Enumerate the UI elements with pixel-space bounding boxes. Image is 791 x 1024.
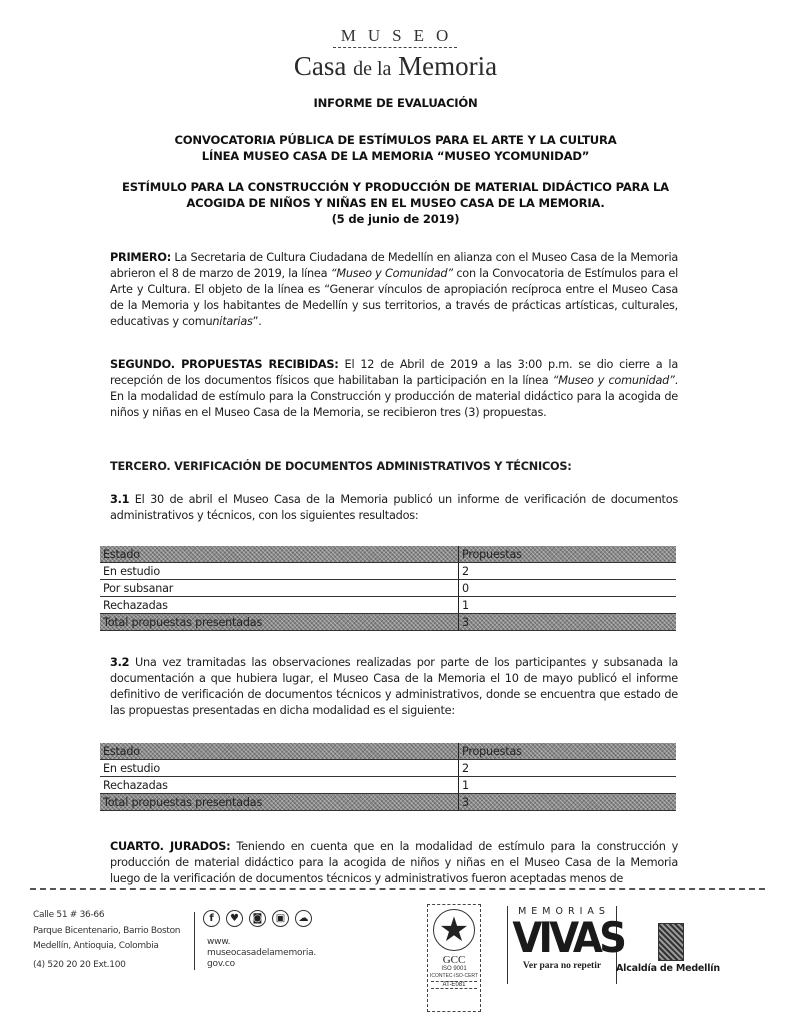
- table-verification-1: Estado Propuestas En estudio 2 Por subsa…: [100, 546, 676, 631]
- gcc-cert-text: ICONTEC·ISO·CERT: [428, 973, 480, 980]
- table-cell-estado: Rechazadas: [100, 597, 459, 614]
- section-3-2-label: 3.2: [110, 656, 129, 669]
- stimulus-title-line-2: ACOGIDA DE NIÑOS Y NIÑAS EN EL MUSEO CAS…: [0, 196, 791, 210]
- gcc-iso: ISO 9001: [428, 966, 480, 973]
- section-3-2-text: Una vez tramitadas las observaciones rea…: [110, 656, 678, 717]
- website-line-3: gov.co: [207, 959, 316, 970]
- table-total-label: Total propuestas presentadas: [100, 614, 459, 631]
- globe-icon: ★: [433, 909, 475, 951]
- social-icons: f ♥ ◙ ▣ ☁: [203, 910, 312, 927]
- vivas-main-text: VIVAS: [512, 917, 611, 959]
- table-total-row: Total propuestas presentadas 3: [100, 614, 676, 631]
- section-3-1-label: 3.1: [110, 493, 129, 506]
- table-row: Rechazadas 1: [100, 777, 676, 794]
- table-cell-propuestas: 1: [459, 777, 677, 794]
- footer-divider: [30, 888, 765, 890]
- table-row: Rechazadas 1: [100, 597, 676, 614]
- section-segundo-italic: “Museo y comunidad”: [553, 374, 675, 387]
- section-cuarto-label: CUARTO. JURADOS:: [110, 840, 230, 853]
- star-icon: ★: [434, 910, 474, 950]
- table-verification-2: Estado Propuestas En estudio 2 Rechazada…: [100, 743, 676, 811]
- subtitle-line-1: CONVOCATORIA PÚBLICA DE ESTÍMULOS PARA E…: [0, 133, 791, 147]
- logo-museo-text: MUSEO: [0, 26, 791, 46]
- logo-word-casa: Casa: [294, 51, 346, 81]
- section-3-1: 3.1 El 30 de abril el Museo Casa de la M…: [110, 492, 678, 524]
- subtitle-line-2: LÍNEA MUSEO CASA DE LA MEMORIA “MUSEO YC…: [0, 149, 791, 163]
- memorias-vivas-logo: MEMORIAS VIVAS Ver para no repetir: [507, 906, 617, 984]
- section-primero-italic-b: nitarias: [212, 315, 252, 328]
- address-line-2: Parque Bicentenario, Barrio Boston: [33, 924, 180, 940]
- table-cell-estado: Rechazadas: [100, 777, 459, 794]
- table-cell-estado: En estudio: [100, 760, 459, 777]
- footer-address: Calle 51 # 36-66 Parque Bicentenario, Ba…: [33, 908, 180, 973]
- section-primero: PRIMERO: La Secretaria de Cultura Ciudad…: [110, 250, 678, 330]
- report-date: (5 de junio de 2019): [0, 212, 791, 226]
- logo-casa-de-la-memoria: Casa de la Memoria: [0, 51, 791, 82]
- report-title: INFORME DE EVALUACIÓN: [0, 96, 791, 110]
- twitter-icon[interactable]: ♥: [226, 910, 243, 927]
- section-primero-italic-a: “Museo y Comunidad”: [331, 267, 453, 280]
- gcc-certification-logo: ★ GCC ISO 9001 ICONTEC·ISO·CERT AT-E081: [427, 904, 481, 1012]
- alcaldia-logo-text: Alcaldía de Medellín: [616, 963, 720, 974]
- address-line-1: Calle 51 # 36-66: [33, 908, 180, 924]
- logo-word-memoria: Memoria: [398, 51, 497, 81]
- section-3-1-text: El 30 de abril el Museo Casa de la Memor…: [110, 493, 678, 522]
- section-segundo: SEGUNDO. PROPUESTAS RECIBIDAS: El 12 de …: [110, 357, 678, 421]
- gcc-code: AT-E081: [431, 981, 477, 989]
- table-cell-estado: Por subsanar: [100, 580, 459, 597]
- section-primero-text-c: ”.: [253, 315, 262, 328]
- logo-word-dela: de la: [353, 58, 391, 80]
- section-tercero-heading: TERCERO. VERIFICACIÓN DE DOCUMENTOS ADMI…: [110, 459, 678, 475]
- flickr-icon[interactable]: ☁: [295, 910, 312, 927]
- table-row: Por subsanar 0: [100, 580, 676, 597]
- section-cuarto: CUARTO. JURADOS: Teniendo en cuenta que …: [110, 839, 678, 887]
- table-total-value: 3: [459, 614, 677, 631]
- table-header-estado: Estado: [100, 546, 459, 563]
- table-cell-propuestas: 1: [459, 597, 677, 614]
- footer-website[interactable]: www. museocasadelamemoria. gov.co: [207, 937, 316, 970]
- youtube-icon[interactable]: ▣: [272, 910, 289, 927]
- facebook-icon[interactable]: f: [203, 910, 220, 927]
- section-3-2: 3.2 Una vez tramitadas las observaciones…: [110, 655, 678, 719]
- table-cell-estado: En estudio: [100, 563, 459, 580]
- table-total-label: Total propuestas presentadas: [100, 794, 459, 811]
- table-cell-propuestas: 2: [459, 760, 677, 777]
- table-header-propuestas: Propuestas: [459, 546, 677, 563]
- table-header-estado: Estado: [100, 743, 459, 760]
- table-row: En estudio 2: [100, 563, 676, 580]
- website-line-1: www.: [207, 937, 316, 948]
- address-line-3: Medellín, Antioquia, Colombia: [33, 939, 180, 955]
- gcc-label: GCC: [428, 955, 480, 966]
- section-primero-label: PRIMERO:: [110, 251, 171, 264]
- table-header-row: Estado Propuestas: [100, 743, 676, 760]
- website-line-2: museocasadelamemoria.: [207, 948, 316, 959]
- table-row: En estudio 2: [100, 760, 676, 777]
- logo-divider: [333, 47, 457, 48]
- instagram-icon[interactable]: ◙: [249, 910, 266, 927]
- table-cell-propuestas: 0: [459, 580, 677, 597]
- table-header-propuestas: Propuestas: [459, 743, 677, 760]
- stimulus-title-line-1: ESTÍMULO PARA LA CONSTRUCCIÓN Y PRODUCCI…: [0, 180, 791, 194]
- footer-separator: [194, 912, 195, 970]
- footer-phone: (4) 520 20 20 Ext.100: [33, 958, 180, 974]
- table-cell-propuestas: 2: [459, 563, 677, 580]
- coat-of-arms-icon: [658, 923, 684, 961]
- vivas-slogan: Ver para no repetir: [508, 961, 616, 971]
- section-segundo-label: SEGUNDO. PROPUESTAS RECIBIDAS:: [110, 358, 339, 371]
- table-header-row: Estado Propuestas: [100, 546, 676, 563]
- table-total-row: Total propuestas presentadas 3: [100, 794, 676, 811]
- table-total-value: 3: [459, 794, 677, 811]
